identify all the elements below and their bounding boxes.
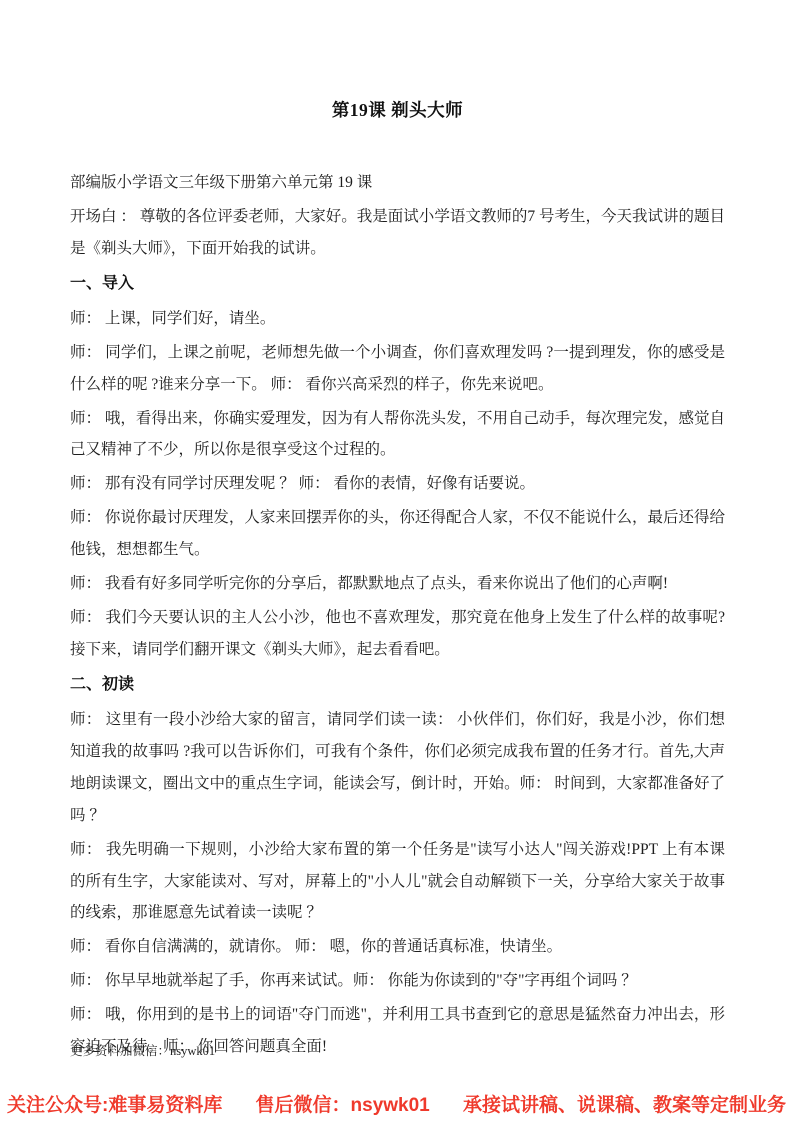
paragraph: 师： 我先明确一下规则，小沙给大家布置的第一个任务是"读写小达人"闯关游戏!PP… bbox=[70, 834, 725, 930]
paragraph: 开场白 ： 尊敬的各位评委老师，大家好。我是面试小学语文教师的7 号考生，今天我… bbox=[70, 201, 725, 265]
paragraph: 师： 这里有一段小沙给大家的留言，请同学们读一读： 小伙伴们，你们好，我是小沙，… bbox=[70, 704, 725, 832]
paragraph: 部编版小学语文三年级下册第六单元第 19 课 bbox=[70, 167, 725, 199]
document-page: 第19课 剃头大师 部编版小学语文三年级下册第六单元第 19 课开场白 ： 尊敬… bbox=[0, 0, 793, 1122]
paragraph: 师： 上课，同学们好，请坐。 bbox=[70, 303, 725, 335]
paragraph: 师： 你说你最讨厌理发，人家来回摆弄你的头，你还得配合人家，不仅不能说什么，最后… bbox=[70, 502, 725, 566]
paragraph: 师： 那有没有同学讨厌理发呢 ？ 师： 看你的表情，好像有话要说。 bbox=[70, 468, 725, 500]
promo-banner: 关注公众号:难事易资料库 售后微信：nsywk01 承接试讲稿、说课稿、教案等定… bbox=[7, 1090, 786, 1117]
banner-segment-public-account: 关注公众号:难事易资料库 bbox=[7, 1090, 222, 1117]
paragraph: 师： 你早早地就举起了手，你再来试试。师： 你能为你读到的"夺"字再组个词吗 ？ bbox=[70, 965, 725, 997]
banner-segment-wechat: 售后微信：nsywk01 bbox=[256, 1090, 430, 1117]
document-content: 第19课 剃头大师 部编版小学语文三年级下册第六单元第 19 课开场白 ： 尊敬… bbox=[70, 97, 725, 1065]
paragraph: 师： 看你自信满满的，就请你。 师： 嗯，你的普通话真标准，快请坐。 bbox=[70, 931, 725, 963]
document-title: 第19课 剃头大师 bbox=[70, 97, 725, 122]
section-heading: 二、初读 bbox=[70, 669, 725, 701]
document-body: 部编版小学语文三年级下册第六单元第 19 课开场白 ： 尊敬的各位评委老师，大家… bbox=[70, 167, 725, 1063]
paragraph: 师： 我看有好多同学听完你的分享后，都默默地点了点头，看来你说出了他们的心声啊! bbox=[70, 568, 725, 600]
banner-segment-services: 承接试讲稿、说课稿、教案等定制业务 bbox=[463, 1090, 786, 1117]
paragraph: 师： 我们今天要认识的主人公小沙，他也不喜欢理发，那究竟在他身上发生了什么样的故… bbox=[70, 602, 725, 666]
footer-note: 更多资料加微信：nsywk01 bbox=[70, 1041, 215, 1059]
paragraph: 师： 同学们，上课之前呢，老师想先做一个小调查，你们喜欢理发吗 ?一提到理发，你… bbox=[70, 337, 725, 401]
paragraph: 师： 哦，看得出来，你确实爱理发，因为有人帮你洗头发，不用自己动手，每次理完发，… bbox=[70, 403, 725, 467]
section-heading: 一、导入 bbox=[70, 268, 725, 300]
